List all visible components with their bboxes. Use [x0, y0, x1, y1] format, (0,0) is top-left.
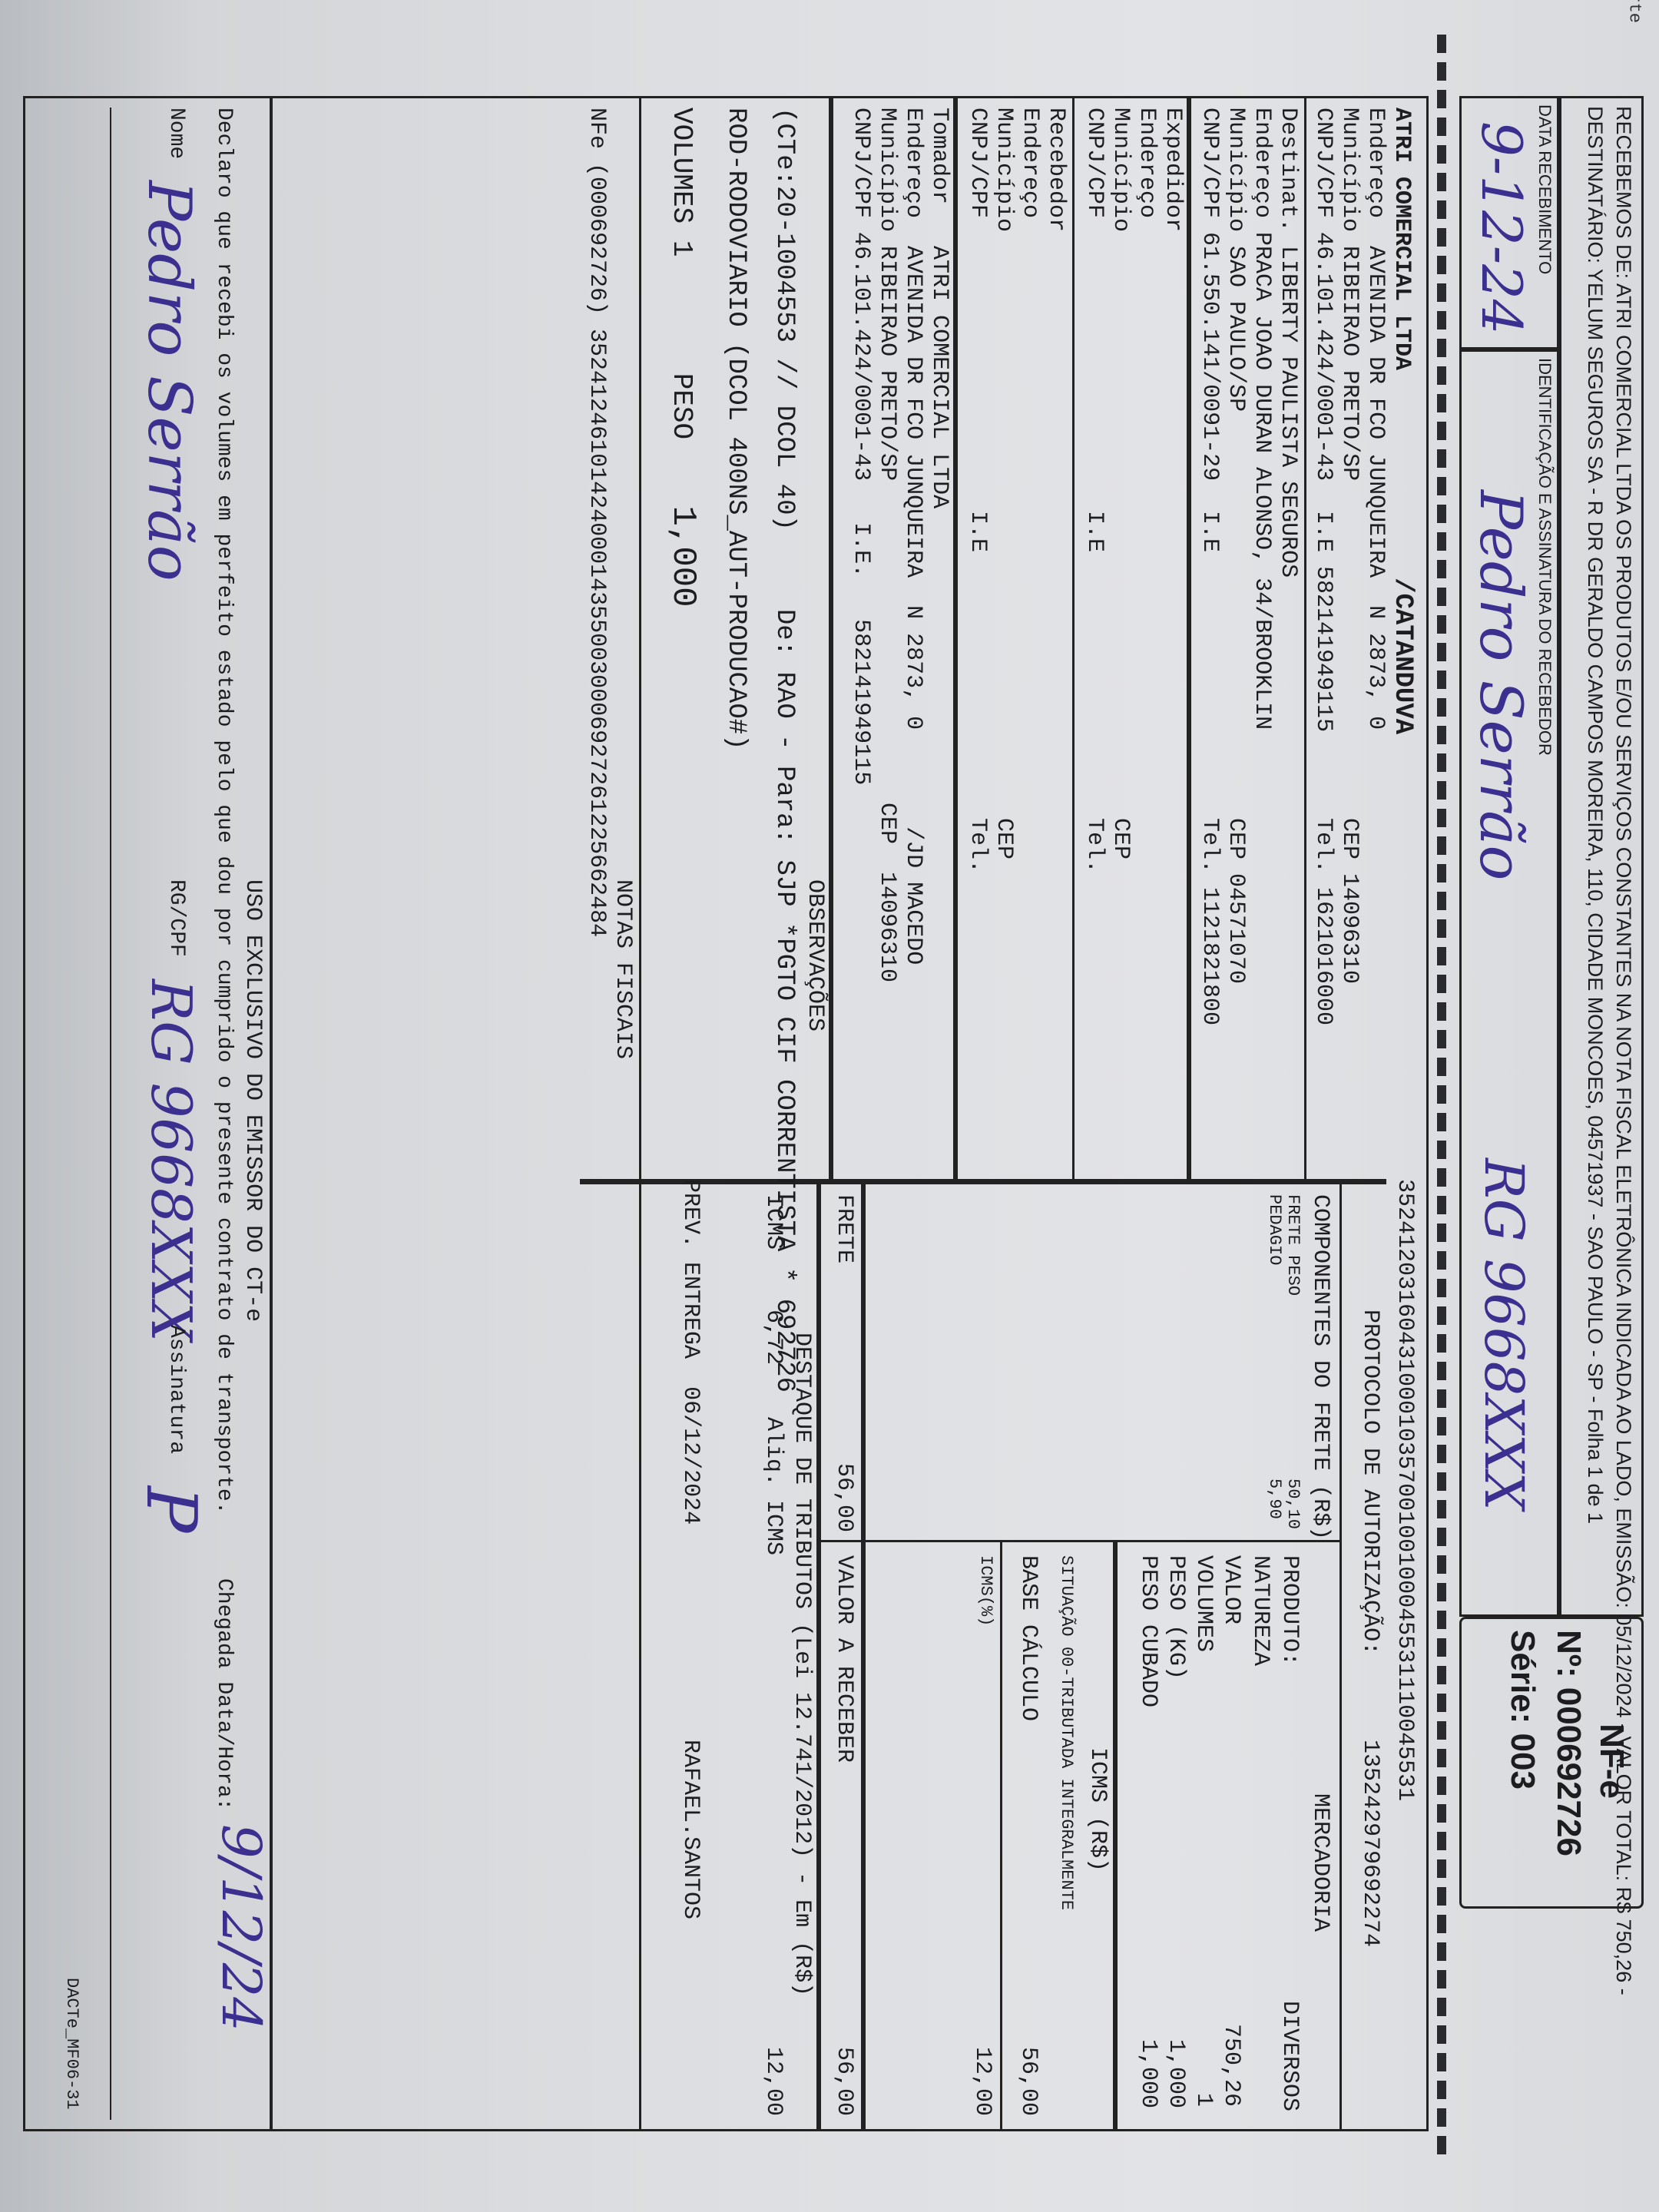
protocolo-label: PROTOCOLO DE AUTORIZAÇÃO: — [1356, 1310, 1382, 1655]
destinatario-municipio: Município SAO PAULO/SP — [1222, 108, 1248, 412]
remetente-cnpj: CNPJ/CPF 46.101.424/0001-43 — [1310, 108, 1336, 481]
remetente-tel: Tel. 1621016000 — [1310, 818, 1336, 1025]
tributos-title: DESTAQUE DE TRIBUTOS (Lei 12.741/2012) -… — [788, 1333, 814, 1996]
notas-fiscais-title: NOTAS FISCAIS — [609, 879, 635, 1059]
remetente-name: ATRI COMERCIAL LTDA /CATANDUVA — [1388, 108, 1417, 734]
dacte-document: RECEBEMOS DE: ATRI COMERCIAL LTDA OS PRO… — [12, 35, 1647, 2170]
componente-pedagio: PEDAGIO — [1264, 1194, 1283, 1265]
data-recebimento-handwritten: 9-12-24 — [1469, 121, 1534, 335]
tomador-municipio: Município RIBEIRAO PRETO/SP — [873, 108, 899, 481]
nome-label: Nome — [164, 108, 188, 159]
remetente-endereco: Endereço AVENIDA DR FCO JUNQUEIRA N 2873… — [1362, 108, 1388, 730]
chegada-handwritten[interactable]: 9/12/24 — [210, 1824, 273, 2032]
nfe-serie: 003 — [1504, 1734, 1541, 1790]
tributos-aliq-value: 12,00 — [760, 2047, 786, 2116]
nome-handwritten[interactable]: Pedro Serrão — [134, 180, 204, 581]
perforation-line — [1437, 35, 1446, 2154]
volumes-peso: VOLUMES 1 PESO 1,000 — [664, 108, 701, 608]
assinatura-label: Assinatura — [164, 1325, 188, 1454]
expedidor-label: Expedidor — [1159, 108, 1185, 232]
canhoto-receipt-box: RECEBEMOS DE: ATRI COMERCIAL LTDA OS PRO… — [1559, 96, 1644, 1617]
remetente-cep: CEP 14096310 — [1336, 818, 1362, 984]
carga-title: MERCADORIA — [1306, 1793, 1333, 1932]
assinatura-handwritten[interactable]: P — [131, 1486, 211, 1533]
nfe-number: 000692726 — [1550, 1687, 1588, 1856]
observacoes-title: OBSERVAÇÕES — [801, 879, 827, 1031]
rg-cpf-handwritten[interactable]: RG 9668XXX — [139, 979, 204, 1342]
remetente-ie: I.E 582141949115 — [1310, 511, 1336, 732]
icms-title: ICMS (R$) — [1084, 1747, 1110, 1872]
nfe-chave-entry: NFe (000692726) 352412461014240001435500… — [583, 108, 609, 937]
destinatario-endereco: Endereço PRACA JOAO DURAN ALONSO, 34/BRO… — [1248, 108, 1274, 730]
responsavel: RAFAEL.SANTOS — [677, 1740, 703, 1919]
observacoes-line-1: (CTe:20-1004553 // DCOL 40) De: RAO - Pa… — [770, 108, 799, 1392]
recebedor-doc-handwritten: RG 9668XXX — [1472, 1158, 1535, 1511]
prev-entrega: PREV. ENTREGA 06/12/2024 — [677, 1179, 703, 1525]
data-recebimento-field[interactable]: DATA RECEBIMENTO 9-12-24 — [1459, 96, 1559, 349]
componentes-title: COMPONENTES DO FRETE (R$) — [1306, 1194, 1333, 1540]
declaracao: Declaro que recebi os volumes em perfeit… — [212, 108, 236, 1515]
protocolo-value: 135242979692274 — [1356, 1740, 1382, 1947]
tomador-endereco: Endereço AVENIDA DR FCO JUNQUEIRA N 2873… — [899, 108, 926, 965]
remetente-municipio: Município RIBEIRAO PRETO/SP — [1336, 108, 1362, 481]
tomador-cep: CEP 14096310 — [873, 803, 899, 982]
identificacao-field[interactable]: IDENTIFICAÇÃO E ASSINATURA DO RECEBEDOR … — [1459, 349, 1559, 1617]
destinatario-ie: I.E — [1196, 511, 1222, 552]
chave-acesso: 3524120316043100010357001001000455311100… — [1391, 1179, 1417, 1801]
recebedor-signature: Pedro Serrão — [1467, 490, 1535, 880]
tomador-name: Tomador ATRI COMERCIAL LTDA — [926, 108, 952, 508]
recebedor-label: Recebedor — [1042, 108, 1068, 232]
receipt-line-2: DESTINATÁRIO: YELUM SEGUROS SA - R DR GE… — [1584, 106, 1607, 1524]
nfe-number-box: NF-e Nº: 000692726 Série: 003 — [1459, 1617, 1644, 1909]
destinatario-cep: CEP 04571070 — [1222, 818, 1248, 984]
icms-situacao: SITUAÇÃO 00-TRIBUTADA INTEGRALMENTE — [1056, 1555, 1075, 1910]
tomador-cnpj: CNPJ/CPF 46.101.424/0001-43 I.E. 5821419… — [847, 108, 873, 785]
chegada-label: Chegada Data/Hora: — [212, 1578, 236, 1810]
observacoes-line-2: ROD-RODOVIARIO (DCOL 400NS_AUT-PRODUCAO#… — [721, 108, 750, 750]
top-note: ... do Conhecimento de Transporte — [1624, 0, 1644, 23]
destinatario-cnpj: CNPJ/CPF 61.550.141/0091-29 — [1196, 108, 1222, 481]
form-code: DACTe_MF06-31 — [61, 1978, 81, 2110]
destinatario-tel: Tel. 1121821800 — [1196, 818, 1222, 1025]
destinatario-name: Destinat. LIBERTY PAULISTA SEGUROS — [1274, 108, 1300, 578]
componente-frete-peso: FRETE PESO — [1283, 1194, 1302, 1296]
icms-aliq-value: 12,00 — [969, 2047, 995, 2116]
uso-exclusivo-title: USO EXCLUSIVO DO EMISSOR DO CT-e — [239, 879, 265, 1322]
valor-a-receber: 56,00 — [830, 2047, 856, 2116]
rg-cpf-label: RG/CPF — [164, 879, 188, 957]
frete-total: 56,00 — [830, 1463, 856, 1532]
icms-base-value: 56,00 — [1015, 2047, 1041, 2116]
